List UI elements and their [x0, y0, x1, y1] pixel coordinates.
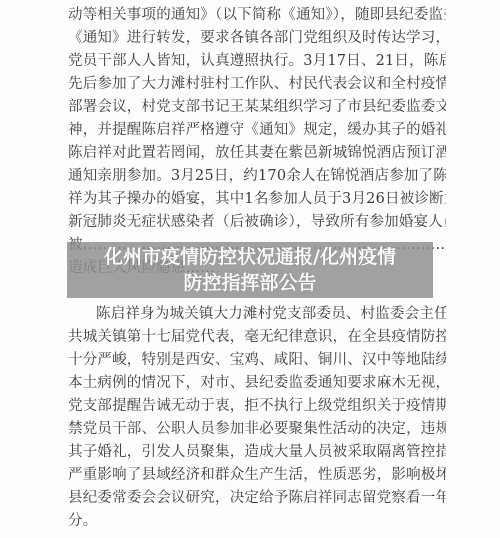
doc-line: 《通知》进行转发，要求各镇各部门党组织及时传达学习，做到: [68, 27, 446, 50]
doc-line: 动等相关事项的通知》（以下简称《通知》），随即县纪委监委对: [68, 4, 446, 27]
doc-line: 通知亲朋参加。3月25日，约170余人在锦悦酒店参加了陈启: [68, 165, 446, 188]
banner-title-line-2: 防控指挥部公告: [67, 271, 433, 295]
doc-line: 县纪委常委会会议研究，决定给予陈启祥同志留党察看一年处: [68, 487, 446, 510]
doc-line: 其子婚礼，引发人员聚集，造成大量人员被采取隔离管控措施，: [68, 441, 446, 464]
doc-line: 部署会议，村党支部书记王某某组织学习了市县纪委监委文件精: [68, 96, 446, 119]
doc-line: 陈启祥对此置若罔闻，放任其妻在紫邑新城锦悦酒店预订酒宴并: [68, 142, 446, 165]
doc-line: 党支部提醒告诫无动于衷，拒不执行上级党组织关于疫情期间严: [68, 395, 446, 418]
doc-line: 祥为其子操办的婚宴，其中1名参加人员于3月26日被诊断为: [68, 188, 446, 211]
doc-line: 陈启祥身为城关镇大力滩村党支部委员、村监委会主任，中: [68, 303, 446, 326]
doc-line: 严重影响了县域经济和群众生产生活，性质恶劣，影响极坏，经: [68, 464, 446, 487]
doc-line: 分。: [68, 510, 446, 533]
doc-line: 禁党员干部、公职人员参加非必要聚集性活动的决定，违规操办: [68, 418, 446, 441]
title-banner: 化州市疫情防控状况通报/化州疫情 防控指挥部公告: [67, 242, 433, 298]
doc-line: 先后参加了大力滩村驻村工作队、村民代表会议和全村疫情防控: [68, 73, 446, 96]
doc-line: 新冠肺炎无症状感染者（后被确诊），导致所有参加婚宴人员均: [68, 211, 446, 234]
doc-line: 共城关镇第十七届党代表，毫无纪律意识，在全县疫情防控形势: [68, 326, 446, 349]
banner-title-line-1: 化州市疫情防控状况通报/化州疫情: [67, 245, 433, 269]
doc-line: 神，并提醒陈启祥严格遵守《通知》规定，缓办其子的婚礼，但: [68, 119, 446, 142]
doc-line: 本土病例的情况下，对市、县纪委监委通知要求麻木无视，对村: [68, 372, 446, 395]
doc-line: 党员干部人人皆知，认真遵照执行。3月17日、21日，陈启祥: [68, 50, 446, 73]
doc-line: 十分严峻，特别是西安、宝鸡、咸阳、铜川、汉中等地陆续发生: [68, 349, 446, 372]
